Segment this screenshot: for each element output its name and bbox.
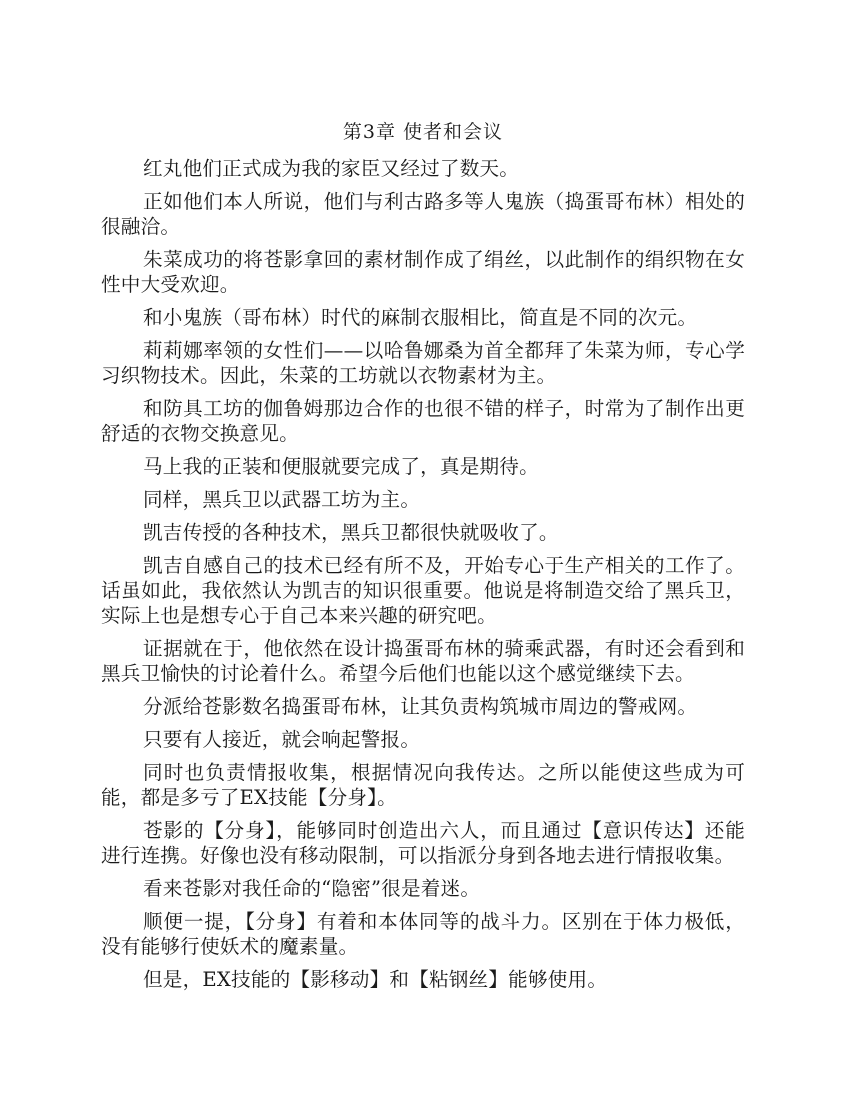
paragraph: 凯吉传授的各种技术，黑兵卫都很快就吸收了。 (101, 520, 745, 545)
paragraph: 看来苍影对我任命的“隐密”很是着迷。 (101, 876, 745, 901)
paragraph: 但是，EX技能的【影移动】和【粘钢丝】能够使用。 (101, 967, 745, 992)
paragraph: 同时也负责情报收集，根据情况向我传达。之所以能使这些成为可能，都是多亏了EX技能… (101, 760, 745, 810)
paragraph: 马上我的正装和便服就要完成了，真是期待。 (101, 454, 745, 479)
paragraph: 和小鬼族（哥布林）时代的麻制衣服相比，简直是不同的次元。 (101, 305, 745, 330)
chapter-title: 第3章 使者和会议 (101, 118, 745, 146)
paragraph: 苍影的【分身】，能够同时创造出六人，而且通过【意识传达】还能进行连携。好像也没有… (101, 818, 745, 868)
paragraph: 证据就在于，他依然在设计捣蛋哥布林的骑乘武器，有时还会看到和黑兵卫愉快的讨论着什… (101, 636, 745, 686)
paragraph: 正如他们本人所说，他们与利古路多等人鬼族（捣蛋哥布林）相处的很融洽。 (101, 189, 745, 239)
paragraph: 和防具工坊的伽鲁姆那边合作的也很不错的样子，时常为了制作出更舒适的衣物交换意见。 (101, 396, 745, 446)
paragraph: 红丸他们正式成为我的家臣又经过了数天。 (101, 156, 745, 181)
paragraph: 只要有人接近，就会响起警报。 (101, 727, 745, 752)
paragraph: 朱菜成功的将苍影拿回的素材制作成了绢丝，以此制作的绢织物在女性中大受欢迎。 (101, 247, 745, 297)
paragraph: 莉莉娜率领的女性们——以哈鲁娜桑为首全都拜了朱菜为师，专心学习织物技术。因此，朱… (101, 338, 745, 388)
document-page: 第3章 使者和会议 红丸他们正式成为我的家臣又经过了数天。 正如他们本人所说，他… (101, 118, 745, 1000)
paragraph: 顺便一提，【分身】有着和本体同等的战斗力。区别在于体力极低，没有能够行使妖术的魔… (101, 909, 745, 959)
paragraph: 同样，黑兵卫以武器工坊为主。 (101, 487, 745, 512)
paragraph: 分派给苍影数名捣蛋哥布林，让其负责构筑城市周边的警戒网。 (101, 694, 745, 719)
paragraph: 凯吉自感自己的技术已经有所不及，开始专心于生产相关的工作了。话虽如此，我依然认为… (101, 553, 745, 628)
